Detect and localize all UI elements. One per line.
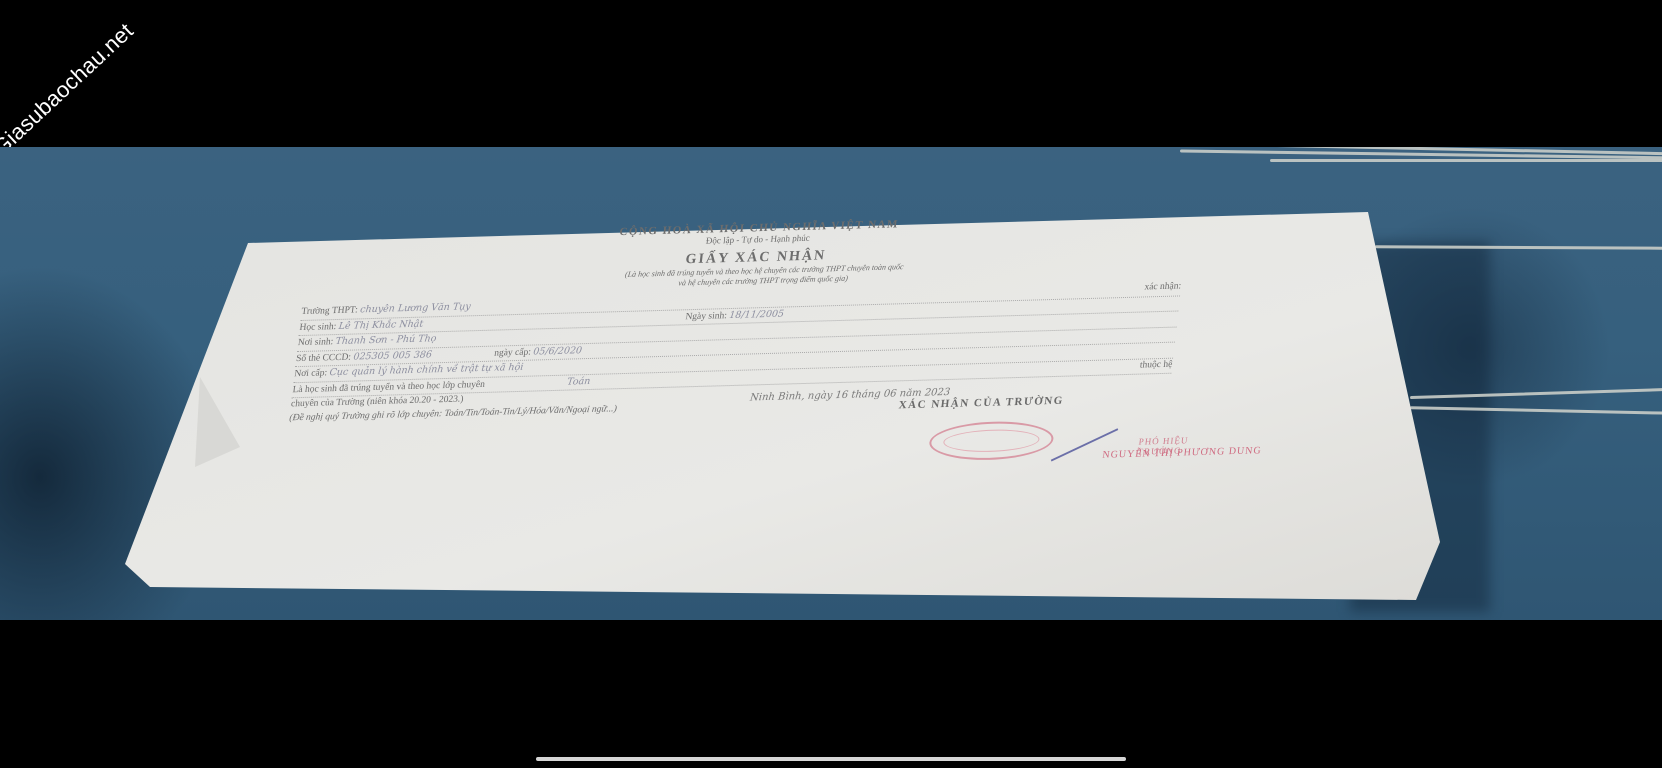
home-indicator[interactable]: [536, 757, 1126, 761]
paper-sheet: CỘNG HOÀ XÃ HỘI CHỦ NGHĨA VIỆT NAM Độc l…: [0, 147, 1662, 620]
document-photo: CỘNG HOÀ XÃ HỘI CHỦ NGHĨA VIỆT NAM Độc l…: [0, 147, 1662, 620]
watermark-text: Giasubaochau.net: [0, 18, 139, 161]
document-content: CỘNG HOÀ XÃ HỘI CHỦ NGHĨA VIỆT NAM Độc l…: [279, 208, 1280, 426]
